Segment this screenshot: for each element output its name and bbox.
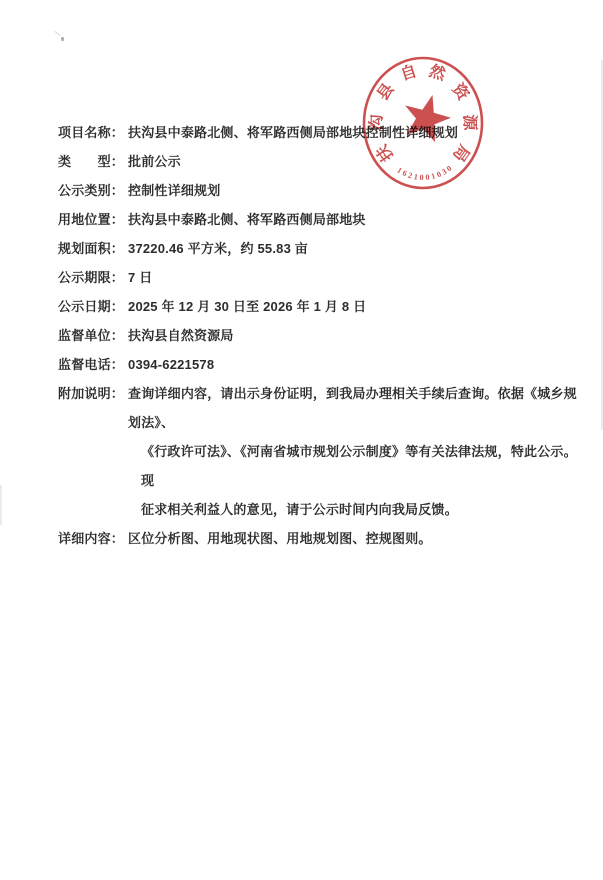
field-label: 公示日期： — [58, 292, 124, 321]
field-value: 0394-6221578 — [124, 350, 580, 379]
additional-notes-line: 征求相关利益人的意见，请于公示时间内向我局反馈。 — [128, 495, 580, 524]
field-label: 项目名称： — [58, 118, 124, 147]
announcement-fields: 项目名称： 扶沟县中泰路北侧、将军路西侧局部地块控制性详细规划 类 型： 批前公… — [58, 118, 580, 553]
announcement-document-page: 项目名称： 扶沟县中泰路北侧、将军路西侧局部地块控制性详细规划 类 型： 批前公… — [0, 0, 603, 880]
field-value: 扶沟县自然资源局 — [124, 321, 580, 350]
field-row-planned-area: 规划面积： 37220.46 平方米，约 55.83 亩 — [58, 234, 580, 263]
field-label: 监督单位： — [58, 321, 124, 350]
additional-notes-line: 《行政许可法》、《河南省城市规划公示制度》等有关法律法规，特此公示。现 — [128, 437, 580, 495]
seal-char: 自 — [398, 61, 419, 84]
field-row-additional-notes: 附加说明： 查询详细内容，请出示身份证明，到我局办理相关手续后查询。依据《城乡规… — [58, 379, 580, 524]
additional-notes-text: 查询详细内容，请出示身份证明，到我局办理相关手续后查询。依据《城乡规划法》、 《… — [124, 379, 580, 524]
field-label: 监督电话： — [58, 350, 124, 379]
field-label: 公示期限： — [58, 263, 124, 292]
additional-notes-line: 查询详细内容，请出示身份证明，到我局办理相关手续后查询。依据《城乡规划法》、 — [128, 379, 580, 437]
field-row-notice-dates: 公示日期： 2025 年 12 月 30 日至 2026 年 1 月 8 日 — [58, 292, 580, 321]
field-row-project-name: 项目名称： 扶沟县中泰路北侧、将军路西侧局部地块控制性详细规划 — [58, 118, 580, 147]
field-value: 37220.46 平方米，约 55.83 亩 — [124, 234, 580, 263]
field-row-supervising-unit: 监督单位： 扶沟县自然资源局 — [58, 321, 580, 350]
field-value: 扶沟县中泰路北侧、将军路西侧局部地块控制性详细规划 — [124, 118, 580, 147]
field-label: 类 型： — [58, 147, 124, 176]
field-value: 2025 年 12 月 30 日至 2026 年 1 月 8 日 — [124, 292, 580, 321]
field-row-type: 类 型： 批前公示 — [58, 147, 580, 176]
field-value: 7 日 — [124, 263, 580, 292]
field-row-notice-period: 公示期限： 7 日 — [58, 263, 580, 292]
field-value: 区位分析图、用地现状图、用地规划图、控规图则。 — [124, 524, 580, 553]
seal-char: 资 — [448, 80, 473, 105]
seal-char: 县 — [373, 80, 398, 104]
field-row-notice-category: 公示类别： 控制性详细规划 — [58, 176, 580, 205]
field-row-detail-contents: 详细内容： 区位分析图、用地现状图、用地规划图、控规图则。 — [58, 524, 580, 553]
field-label: 详细内容： — [58, 524, 124, 553]
field-label: 公示类别： — [58, 176, 124, 205]
scan-speck — [61, 37, 64, 41]
scan-edge-artifact — [0, 485, 2, 525]
field-row-supervision-phone: 监督电话： 0394-6221578 — [58, 350, 580, 379]
field-value: 批前公示 — [124, 147, 580, 176]
field-row-land-location: 用地位置： 扶沟县中泰路北侧、将军路西侧局部地块 — [58, 205, 580, 234]
field-value: 控制性详细规划 — [124, 176, 580, 205]
field-label: 用地位置： — [58, 205, 124, 234]
field-value: 扶沟县中泰路北侧、将军路西侧局部地块 — [124, 205, 580, 234]
seal-char: 然 — [427, 61, 449, 84]
field-label: 规划面积： — [58, 234, 124, 263]
field-label: 附加说明： — [58, 379, 124, 408]
scan-speck — [54, 31, 60, 36]
